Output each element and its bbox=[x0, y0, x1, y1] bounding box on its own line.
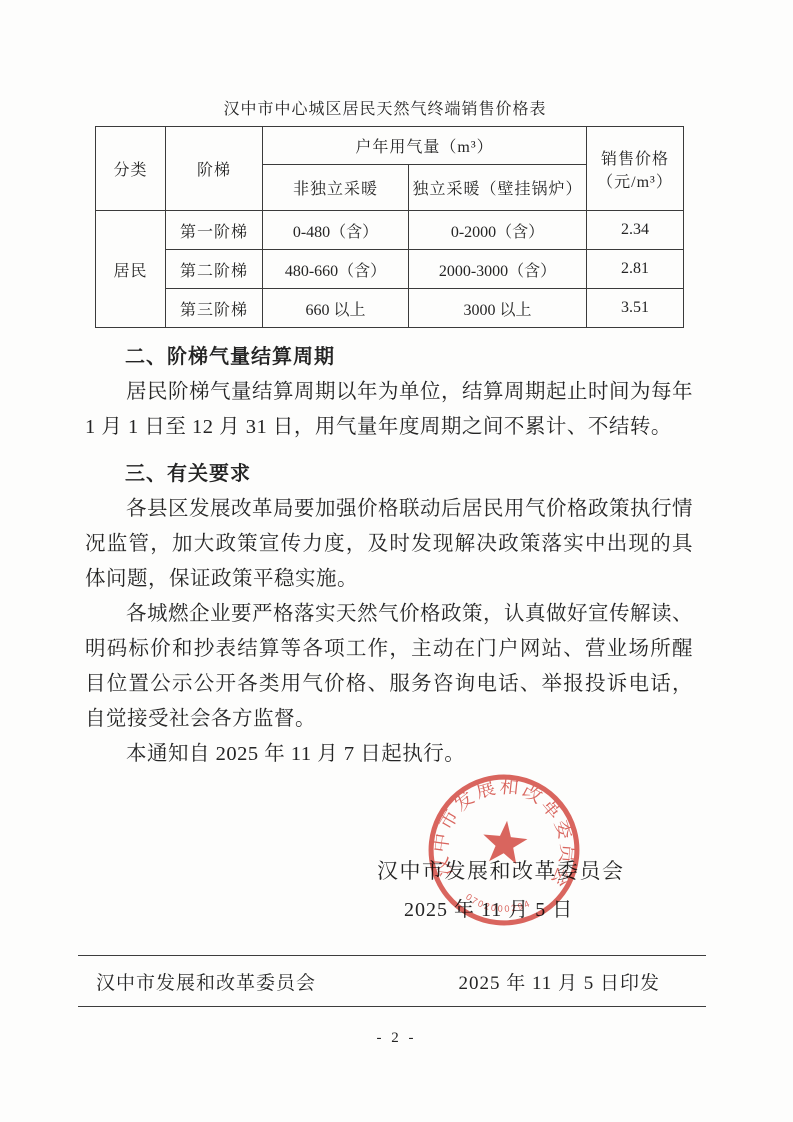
gas-price-table: 分类 阶梯 户年用气量（m³） 销售价格 （元/m³） 非独立采暖 独立采暖（壁… bbox=[95, 126, 684, 328]
header-price-unit: （元/m³） bbox=[589, 169, 681, 192]
body-paragraph: 居民阶梯气量结算周期以年为单位，结算周期起止时间为每年 1 月 1 日至 12 … bbox=[85, 375, 693, 445]
table-row: 居民 第一阶梯 0-480（含） 0-2000（含） 2.34 bbox=[96, 211, 684, 250]
document-page: 汉中市中心城区居民天然气终端销售价格表 分类 阶梯 户年用气量（m³） 销售价格… bbox=[0, 0, 793, 1122]
cell-price: 2.34 bbox=[587, 211, 684, 250]
section-settlement-period: 二、阶梯气量结算周期 居民阶梯气量结算周期以年为单位，结算周期起止时间为每年 1… bbox=[85, 340, 693, 445]
section-heading: 三、有关要求 bbox=[85, 457, 693, 492]
page-number: - 2 - bbox=[0, 1030, 793, 1047]
signature-date: 2025 年 11 月 5 日 bbox=[404, 893, 573, 922]
table-row: 第二阶梯 480-660（含） 2000-3000（含） 2.81 bbox=[96, 250, 684, 289]
header-usage-heating: 独立采暖（壁挂锅炉） bbox=[409, 165, 587, 211]
footer-issuer: 汉中市发展和改革委员会 bbox=[96, 968, 316, 995]
cell-non-heating: 660 以上 bbox=[263, 289, 409, 328]
body-paragraph: 各城燃企业要严格落实天然气价格政策，认真做好宣传解读、明码标价和抄表结算等各项工… bbox=[85, 597, 693, 737]
cell-tier: 第二阶梯 bbox=[166, 250, 263, 289]
body-paragraph: 本通知自 2025 年 11 月 7 日起执行。 bbox=[85, 737, 693, 772]
header-price: 销售价格 （元/m³） bbox=[587, 127, 684, 211]
table-row: 第三阶梯 660 以上 3000 以上 3.51 bbox=[96, 289, 684, 328]
header-price-label: 销售价格 bbox=[601, 151, 669, 168]
header-usage-non-heating: 非独立采暖 bbox=[263, 165, 409, 211]
cell-non-heating: 0-480（含） bbox=[263, 211, 409, 250]
cell-price: 2.81 bbox=[587, 250, 684, 289]
section-heading: 二、阶梯气量结算周期 bbox=[85, 340, 693, 375]
cell-tier: 第一阶梯 bbox=[166, 211, 263, 250]
header-usage-group: 户年用气量（m³） bbox=[263, 127, 587, 165]
price-table-title: 汉中市中心城区居民天然气终端销售价格表 bbox=[85, 96, 685, 119]
body-paragraph: 各县区发展改革局要加强价格联动后居民用气价格政策执行情况监管，加大政策宣传力度，… bbox=[85, 492, 693, 597]
footer-print-date: 2025 年 11 月 5 日印发 bbox=[458, 968, 660, 995]
cell-heating: 0-2000（含） bbox=[409, 211, 587, 250]
signature-organization: 汉中市发展和改革委员会 bbox=[377, 855, 625, 885]
cell-category: 居民 bbox=[96, 211, 166, 328]
cell-heating: 2000-3000（含） bbox=[409, 250, 587, 289]
header-category: 分类 bbox=[96, 127, 166, 211]
header-tier: 阶梯 bbox=[166, 127, 263, 211]
cell-heating: 3000 以上 bbox=[409, 289, 587, 328]
cell-non-heating: 480-660（含） bbox=[263, 250, 409, 289]
cell-tier: 第三阶梯 bbox=[166, 289, 263, 328]
section-requirements: 三、有关要求 各县区发展改革局要加强价格联动后居民用气价格政策执行情况监管，加大… bbox=[85, 457, 693, 772]
document-body: 汉中市中心城区居民天然气终端销售价格表 分类 阶梯 户年用气量（m³） 销售价格… bbox=[85, 96, 693, 772]
footer-issuance-bar: 汉中市发展和改革委员会 2025 年 11 月 5 日印发 bbox=[78, 955, 706, 1007]
table-header-row-1: 分类 阶梯 户年用气量（m³） 销售价格 （元/m³） bbox=[96, 127, 684, 165]
cell-price: 3.51 bbox=[587, 289, 684, 328]
